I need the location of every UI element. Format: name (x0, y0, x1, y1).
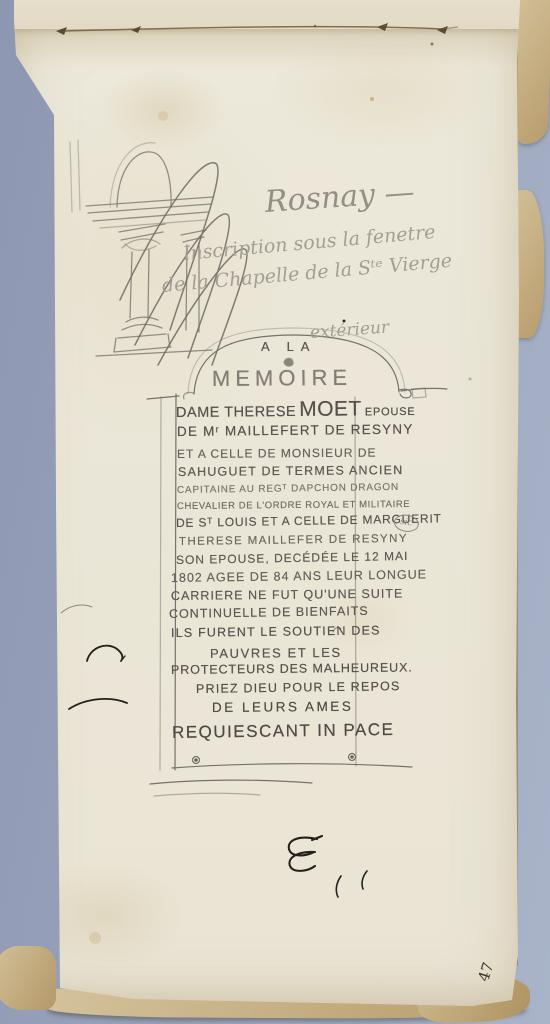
tablet-name-line: DAME THERESE MOET EPOUSE (176, 397, 416, 423)
tablet-inscription-line: ILS FURENT LE SOUTIEN DES (171, 623, 381, 640)
tablet-inscription-line: CARRIERE NE FUT QU'UNE SUITE (171, 587, 403, 603)
tablet-inscription-line: PROTECTEURS DES MALHEUREUX. (171, 660, 413, 677)
tablet-inscription-line: ET A CELLE DE MONSIEUR DE (177, 446, 377, 461)
tablet-inscription-line: PRIEZ DIEU POUR LE REPOS (196, 679, 401, 696)
tablet-inscription-line: CHEVALIER DE L'ORDRE ROYAL ET MILITAIRE (177, 499, 410, 512)
binding-stitch (56, 23, 458, 46)
tablet-header-a-la: A LA (261, 339, 316, 354)
scanned-sketchbook-photo: Rosnay — Inscription sous la fenetre de … (0, 0, 550, 1024)
tablet-header-memoire: MEMOIRE (212, 365, 352, 392)
name-part-moet: MOET (299, 397, 362, 422)
tablet-inscription-line: DE LEURS AMES (212, 699, 353, 715)
tablet-footer-requiescant: REQUIESCANT IN PACE (172, 720, 395, 743)
tablet-inscription-line: SAHUGUET DE TERMES ANCIEN (178, 463, 404, 479)
tablet-inscription-line: DE Mʳ MAILLEFERT DE RESYNY (177, 422, 414, 439)
name-part-dame-therese: DAME THERESE (176, 404, 296, 421)
pencil-sketch-layer (0, 0, 550, 1024)
tablet-inscription-line: PAUVRES ET LES (210, 645, 342, 661)
name-part-epouse: EPOUSE (365, 406, 416, 418)
